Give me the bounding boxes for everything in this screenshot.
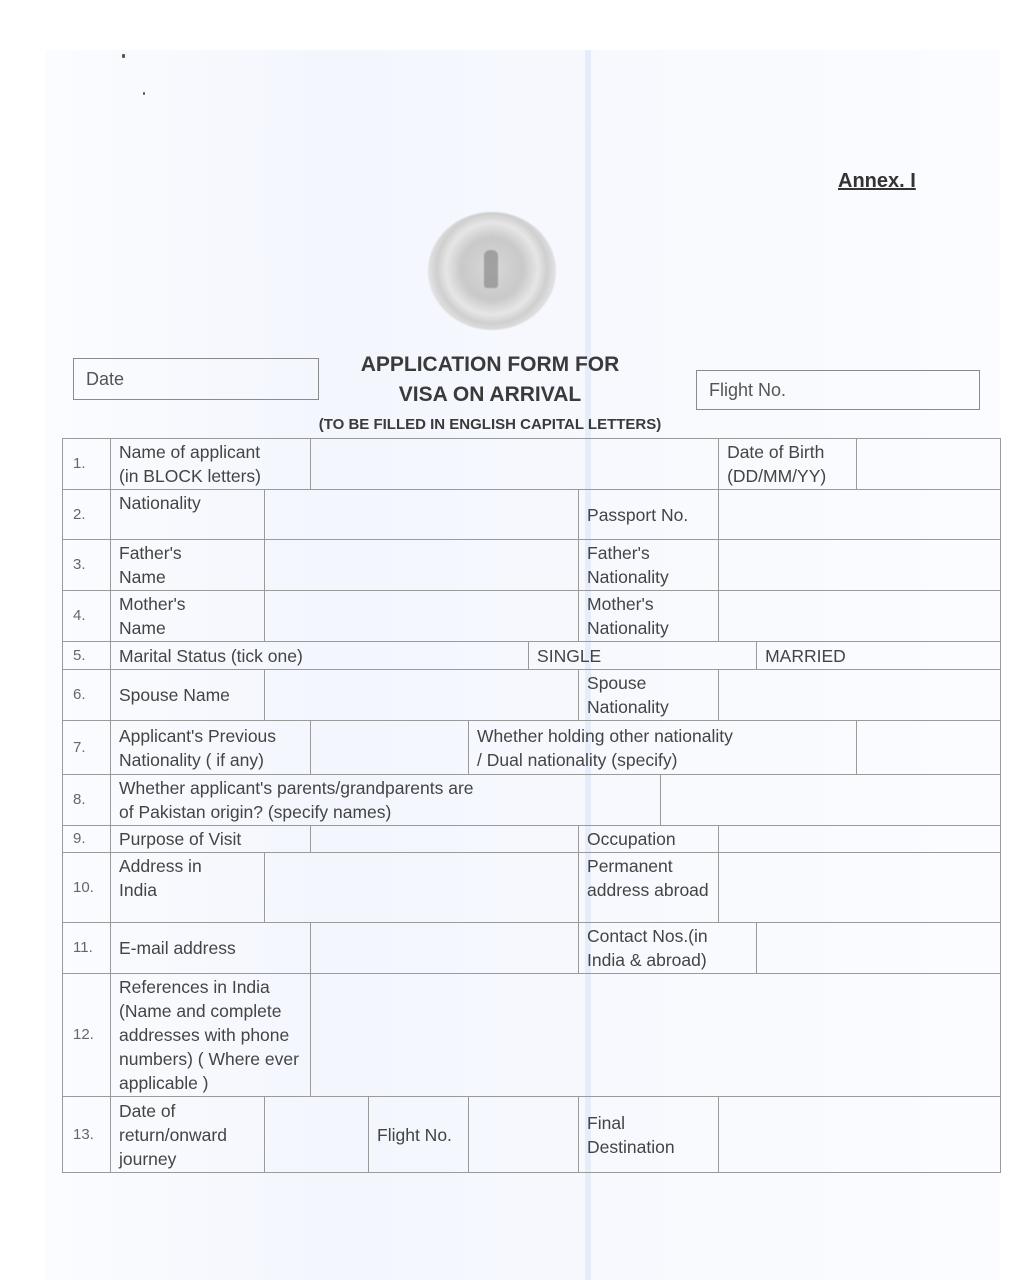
father-nationality-label: Father's Nationality — [579, 540, 719, 591]
title-line-1: APPLICATION FORM FOR — [320, 350, 660, 380]
title-line-2: VISA ON ARRIVAL — [320, 380, 660, 410]
label-line: return/onward — [119, 1123, 256, 1147]
date-of-birth-label: Date of Birth (DD/MM/YY) — [719, 439, 857, 490]
form-row-12: 12. References in India (Name and comple… — [63, 974, 1001, 1097]
row-number: 6. — [63, 670, 111, 721]
label-line: Father's — [587, 541, 710, 565]
label-line: Permanent — [587, 854, 710, 878]
nationality-label: Nationality — [111, 490, 265, 540]
label-line: / Dual nationality (specify) — [477, 748, 848, 772]
date-label: Date — [86, 369, 124, 390]
label-line: journey — [119, 1147, 256, 1171]
occupation-label: Occupation — [579, 826, 719, 853]
form-row-9: 9. Purpose of Visit Occupation — [63, 826, 1001, 853]
applicant-name-label: Name of applicant (in BLOCK letters) — [111, 439, 311, 490]
label-line: Mother's — [587, 592, 710, 616]
row-number: 9. — [63, 826, 111, 853]
form-row-10: 10. Address in India Permanent address a… — [63, 853, 1001, 923]
label-line: Nationality — [587, 616, 710, 640]
label-line: Destination — [587, 1135, 710, 1159]
address-india-label: Address in India — [111, 853, 265, 923]
row-number: 8. — [63, 775, 111, 826]
label-line: (Name and complete — [119, 999, 302, 1023]
scan-speck — [143, 92, 145, 95]
label-line: Whether applicant's parents/grandparents… — [119, 776, 652, 800]
label-line: Final — [587, 1111, 710, 1135]
label-line: Contact Nos.(in — [587, 924, 748, 948]
label-line: Date of Birth — [727, 440, 848, 464]
references-field[interactable] — [311, 974, 1001, 1097]
purpose-of-visit-field[interactable] — [311, 826, 579, 853]
return-flight-label: Flight No. — [369, 1097, 469, 1173]
row-number: 7. — [63, 721, 111, 775]
dual-nationality-field[interactable] — [857, 721, 1001, 775]
email-label: E-mail address — [111, 923, 311, 974]
return-date-label: Date of return/onward journey — [111, 1097, 265, 1173]
occupation-field[interactable] — [719, 826, 1001, 853]
national-emblem-icon — [428, 212, 556, 330]
mother-name-label: Mother's Name — [111, 591, 265, 642]
form-row-11: 11. E-mail address Contact Nos.(in India… — [63, 923, 1001, 974]
contact-numbers-field[interactable] — [757, 923, 1001, 974]
form-row-6: 6. Spouse Name Spouse Nationality — [63, 670, 1001, 721]
address-india-field[interactable] — [265, 853, 579, 923]
mother-name-field[interactable] — [265, 591, 579, 642]
marital-status-label: Marital Status (tick one) — [111, 642, 529, 670]
email-field[interactable] — [311, 923, 579, 974]
form-row-7: 7. Applicant's Previous Nationality ( if… — [63, 721, 1001, 775]
spouse-nationality-label: Spouse Nationality — [579, 670, 719, 721]
final-destination-label: Final Destination — [579, 1097, 719, 1173]
date-field[interactable]: Date — [73, 358, 319, 400]
form-row-5: 5. Marital Status (tick one) SINGLE MARR… — [63, 642, 1001, 670]
form-title: APPLICATION FORM FOR VISA ON ARRIVAL — [320, 350, 660, 410]
label-line: India & abroad) — [587, 948, 748, 972]
return-date-field[interactable] — [265, 1097, 369, 1173]
flight-number-field[interactable]: Flight No. — [696, 370, 980, 410]
label-line: Whether holding other nationality — [477, 724, 848, 748]
label-line: Father's — [119, 541, 256, 565]
nationality-field[interactable] — [265, 490, 579, 540]
label-line: numbers) ( Where ever — [119, 1047, 302, 1071]
form-subtitle: (TO BE FILLED IN ENGLISH CAPITAL LETTERS… — [260, 416, 720, 433]
father-nationality-field[interactable] — [719, 540, 1001, 591]
permanent-address-field[interactable] — [719, 853, 1001, 923]
label-line: India — [119, 878, 256, 902]
flight-number-label: Flight No. — [709, 380, 786, 401]
form-row-3: 3. Father's Name Father's Nationality — [63, 540, 1001, 591]
form-row-2: 2. Nationality Passport No. — [63, 490, 1001, 540]
spouse-name-label: Spouse Name — [111, 670, 265, 721]
final-destination-field[interactable] — [719, 1097, 1001, 1173]
row-number: 12. — [63, 974, 111, 1097]
row-number: 1. — [63, 439, 111, 490]
row-number: 5. — [63, 642, 111, 670]
previous-nationality-label: Applicant's Previous Nationality ( if an… — [111, 721, 311, 775]
previous-nationality-field[interactable] — [311, 721, 469, 775]
dual-nationality-label: Whether holding other nationality / Dual… — [469, 721, 857, 775]
references-label: References in India (Name and complete a… — [111, 974, 311, 1097]
spouse-name-field[interactable] — [265, 670, 579, 721]
label-line: Nationality ( if any) — [119, 748, 302, 772]
pakistan-origin-label: Whether applicant's parents/grandparents… — [111, 775, 661, 826]
row-number: 2. — [63, 490, 111, 540]
form-row-4: 4. Mother's Name Mother's Nationality — [63, 591, 1001, 642]
label-line: of Pakistan origin? (specify names) — [119, 800, 652, 824]
label-line: address abroad — [587, 878, 710, 902]
form-row-8: 8. Whether applicant's parents/grandpare… — [63, 775, 1001, 826]
label-line: Spouse — [587, 671, 710, 695]
marital-option-single[interactable]: SINGLE — [529, 642, 757, 670]
label-line: Name of applicant — [119, 440, 302, 464]
passport-number-field[interactable] — [719, 490, 1001, 540]
row-number: 11. — [63, 923, 111, 974]
form-row-13: 13. Date of return/onward journey Flight… — [63, 1097, 1001, 1173]
label-line: Date of — [119, 1099, 256, 1123]
return-flight-field[interactable] — [469, 1097, 579, 1173]
father-name-label: Father's Name — [111, 540, 265, 591]
contact-numbers-label: Contact Nos.(in India & abroad) — [579, 923, 757, 974]
label-line: Mother's — [119, 592, 256, 616]
application-form-table: 1. Name of applicant (in BLOCK letters) … — [62, 438, 1001, 1173]
label-line: applicable ) — [119, 1071, 302, 1095]
scan-speck — [122, 54, 125, 58]
spouse-nationality-field[interactable] — [719, 670, 1001, 721]
label-line: Nationality — [587, 695, 710, 719]
permanent-address-label: Permanent address abroad — [579, 853, 719, 923]
label-line: References in India — [119, 975, 302, 999]
mother-nationality-label: Mother's Nationality — [579, 591, 719, 642]
label-line: (DD/MM/YY) — [727, 464, 848, 488]
date-of-birth-field[interactable] — [857, 439, 1001, 490]
form-row-1: 1. Name of applicant (in BLOCK letters) … — [63, 439, 1001, 490]
label-line: Address in — [119, 854, 256, 878]
pakistan-origin-field[interactable] — [661, 775, 1001, 826]
passport-number-label: Passport No. — [579, 490, 719, 540]
mother-nationality-field[interactable] — [719, 591, 1001, 642]
label-line: Name — [119, 616, 256, 640]
applicant-name-field[interactable] — [311, 439, 719, 490]
label-line: Nationality — [587, 565, 710, 589]
label-line: addresses with phone — [119, 1023, 302, 1047]
marital-option-married[interactable]: MARRIED — [757, 642, 1001, 670]
emblem-figure — [484, 250, 498, 288]
label-line: Name — [119, 565, 256, 589]
row-number: 4. — [63, 591, 111, 642]
annex-label: Annex. I — [838, 170, 916, 193]
row-number: 13. — [63, 1097, 111, 1173]
label-line: Applicant's Previous — [119, 724, 302, 748]
father-name-field[interactable] — [265, 540, 579, 591]
purpose-of-visit-label: Purpose of Visit — [111, 826, 311, 853]
row-number: 3. — [63, 540, 111, 591]
row-number: 10. — [63, 853, 111, 923]
label-line: (in BLOCK letters) — [119, 464, 302, 488]
